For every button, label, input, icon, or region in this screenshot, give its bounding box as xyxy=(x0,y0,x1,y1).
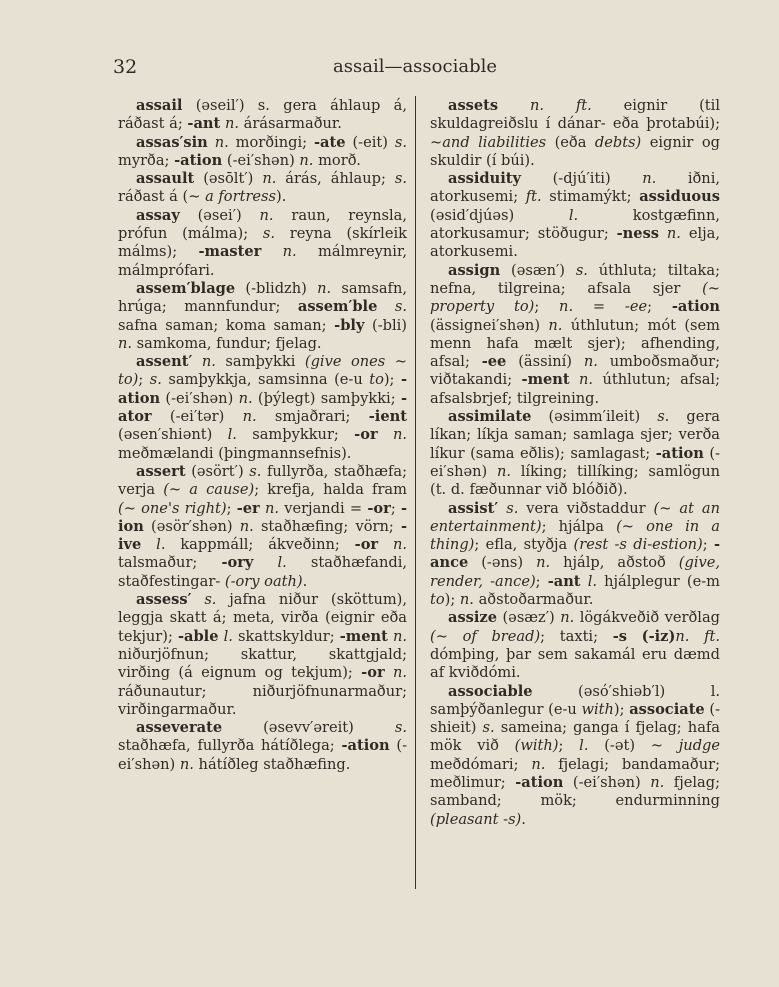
dictionary-entry: assign (əsæn′) s. úthluta; tiltaka; nefn… xyxy=(430,262,720,408)
dictionary-entry: asseverate (əsevv′əreit) s. staðhæfa, fu… xyxy=(118,719,407,774)
dictionary-entry: assault (əsōlt′) n. árás, áhlaup; s. ráð… xyxy=(118,170,407,207)
running-head: assail—associable xyxy=(333,56,497,77)
page-number: 32 xyxy=(113,56,137,78)
entry-headword: assay xyxy=(136,207,180,224)
dictionary-entry: assess′ s. jafna niður (sköttum), leggja… xyxy=(118,591,407,719)
right-column: assets n. ft. eignir (til skuldagreiðslu… xyxy=(430,97,720,829)
entry-headword: assent′ xyxy=(136,353,192,370)
dictionary-entry: assail (əseil′) s. gera áhlaup á, ráðast… xyxy=(118,97,407,134)
entry-headword: assail xyxy=(136,97,182,114)
dictionary-entry: assize (əsæz′) n. lögákveðið verðlag (~ … xyxy=(430,609,720,682)
entry-headword: assets xyxy=(448,97,498,114)
column-divider xyxy=(415,96,416,889)
dictionary-entry: assas′sin n. morðingi; -ate (-eit) s. my… xyxy=(118,134,407,171)
dictionary-entry: associable (əsó′shiəb′l) l. samþýðanlegu… xyxy=(430,683,720,829)
entry-headword: assert xyxy=(136,463,186,480)
entry-headword: assem′blage xyxy=(136,280,235,297)
entry-headword: asseverate xyxy=(136,719,222,736)
page-header: 32 assail—associable xyxy=(113,56,608,80)
dictionary-entry: assist′ s. vera viðstaddur (~ at an ente… xyxy=(430,500,720,610)
entry-headword: assess′ xyxy=(136,591,191,608)
entry-headword: associable xyxy=(448,683,533,700)
entry-headword: assign xyxy=(448,262,500,279)
entry-headword: assault xyxy=(136,170,194,187)
left-column: assail (əseil′) s. gera áhlaup á, ráðast… xyxy=(118,97,407,774)
entry-headword: assas′sin xyxy=(136,134,208,151)
entry-headword: assimilate xyxy=(448,408,531,425)
dictionary-entry: assiduity (-djú′iti) n. iðni, atorkusemi… xyxy=(430,170,720,261)
dictionary-entry: assent′ n. samþykki (give ones ~ to); s.… xyxy=(118,353,407,463)
dictionary-entry: assimilate (əsimm′ileit) s. gera líkan; … xyxy=(430,408,720,499)
entry-headword: assiduity xyxy=(448,170,521,187)
dictionary-entry: assay (əsei′) n. raun, reynsla, prófun (… xyxy=(118,207,407,280)
dictionary-page: 32 assail—associable assail (əseil′) s. … xyxy=(0,0,779,987)
entry-headword: assize xyxy=(448,609,497,626)
entry-headword: assist′ xyxy=(448,500,498,517)
dictionary-entry: assert (əsört′) s. fullyrða, staðhæfa; v… xyxy=(118,463,407,591)
dictionary-entry: assem′blage (-blidzh) n. samsafn, hrúga;… xyxy=(118,280,407,353)
dictionary-entry: assets n. ft. eignir (til skuldagreiðslu… xyxy=(430,97,720,170)
